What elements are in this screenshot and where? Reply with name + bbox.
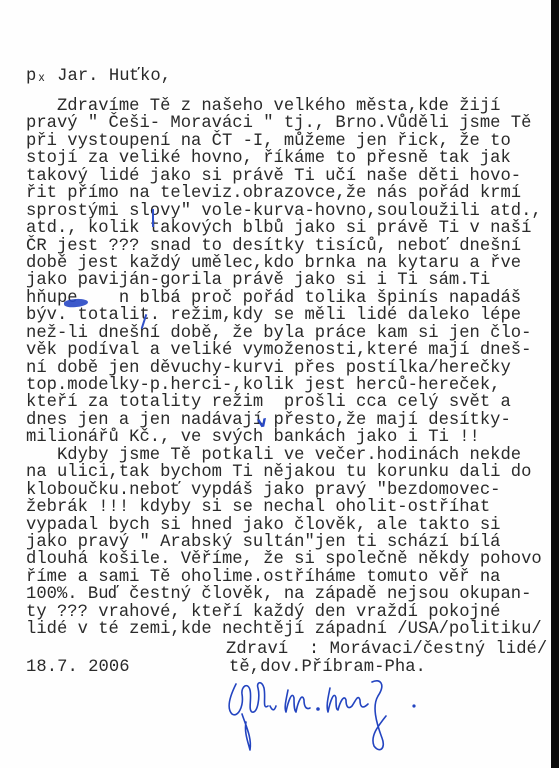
letter-line: jako pravý " Arabský sultán"jen ti scház… xyxy=(26,534,542,551)
letter-line: ČR jest ??? snad to desítky tisíců, nebo… xyxy=(26,238,542,255)
letter-line: ní době jen děvuchy-kurvi přes postílka/… xyxy=(26,360,542,377)
letter-body: Zdravíme Tě z našeho velkého města,kde ž… xyxy=(26,98,542,639)
letter-line: době jest každý umělec,kdo brnka na kyta… xyxy=(26,255,542,272)
letter-line: Zdravíme Tě z našeho velkého města,kde ž… xyxy=(26,98,542,115)
letter-page: pₓ Jar. Huťko, Zdravíme Tě z našeho velk… xyxy=(0,0,551,768)
letter-line: na ulici,tak bychom Ti nějakou tu korunk… xyxy=(26,464,542,481)
letter-line: stojí za veliké hovno, říkáme to přesně … xyxy=(26,150,542,167)
signature-image xyxy=(222,676,422,756)
letter-line: řit přímo na televiz.obrazovce,že nás po… xyxy=(26,185,542,202)
letter-line: ty ??? vrahové, kteří každý den vraždí p… xyxy=(26,604,542,621)
letter-line: dnes jen a jen nadávají přesto,že mají d… xyxy=(26,412,542,429)
closing-greeting: Zdraví : Morávaci/čestný lidé/ xyxy=(226,641,547,658)
letter-line: věk podíval a veliké vymoženosti,které m… xyxy=(26,342,542,359)
letter-line: top.modelky-p.herci-,kolik jest herců-he… xyxy=(26,377,542,394)
letter-line: jako paviján-gorila právě jako si i Ti s… xyxy=(26,272,542,289)
letter-line: žebrák !!! kdyby si se nechal oholit-ost… xyxy=(26,499,542,516)
salutation: pₓ Jar. Huťko, xyxy=(26,68,171,85)
letter-line: kteří za totality režim prošli cca celý … xyxy=(26,394,542,411)
letter-line: býv. totalit. režim,kdy se měli lidé dal… xyxy=(26,307,542,324)
scan-border xyxy=(551,0,559,768)
letter-line: lidé v té zemi,kde nechtějí západní /USA… xyxy=(26,621,542,638)
letter-line: milionářů Kč., ve svých bankách jako i T… xyxy=(26,429,542,446)
letter-line: při vystoupení na ČT -I, můžeme jen řick… xyxy=(26,133,542,150)
letter-line: pravý " Češi- Moraváci " tj., Brno.Vůděl… xyxy=(26,115,542,132)
letter-line: takový lidé jako si právě Ti učí naše dě… xyxy=(26,168,542,185)
letter-line: kloboučku.neboť vypdáš jako pravý "bezdo… xyxy=(26,482,542,499)
letter-line: hňupe n blbá proč pořád tolika špinís na… xyxy=(26,290,542,307)
letter-line: Kdyby jsme Tě potkali ve večer.hodinách … xyxy=(26,447,542,464)
letter-line: dlouhá košile. Věříme, že si společně ně… xyxy=(26,551,542,568)
letter-line: 100%. Buď čestný člověk, na západě nejso… xyxy=(26,586,542,603)
letter-line: říme a sami Tě oholime.ostříháme tomuto … xyxy=(26,569,542,586)
letter-date: 18.7. 2006 xyxy=(26,659,130,676)
letter-line: atd., kolik takových blbů jako si právě … xyxy=(26,220,542,237)
letter-line: vypadal bych si hned jako člověk, ale ta… xyxy=(26,517,542,534)
letter-line: než-li dnešní době, že byla práce kam si… xyxy=(26,325,542,342)
letter-line: sprostými slovy" vole-kurva-hovno,soulou… xyxy=(26,203,542,220)
closing-sender: tě,dov.Příbram-Pha. xyxy=(229,659,426,676)
ink-insertion-mark xyxy=(152,209,154,227)
